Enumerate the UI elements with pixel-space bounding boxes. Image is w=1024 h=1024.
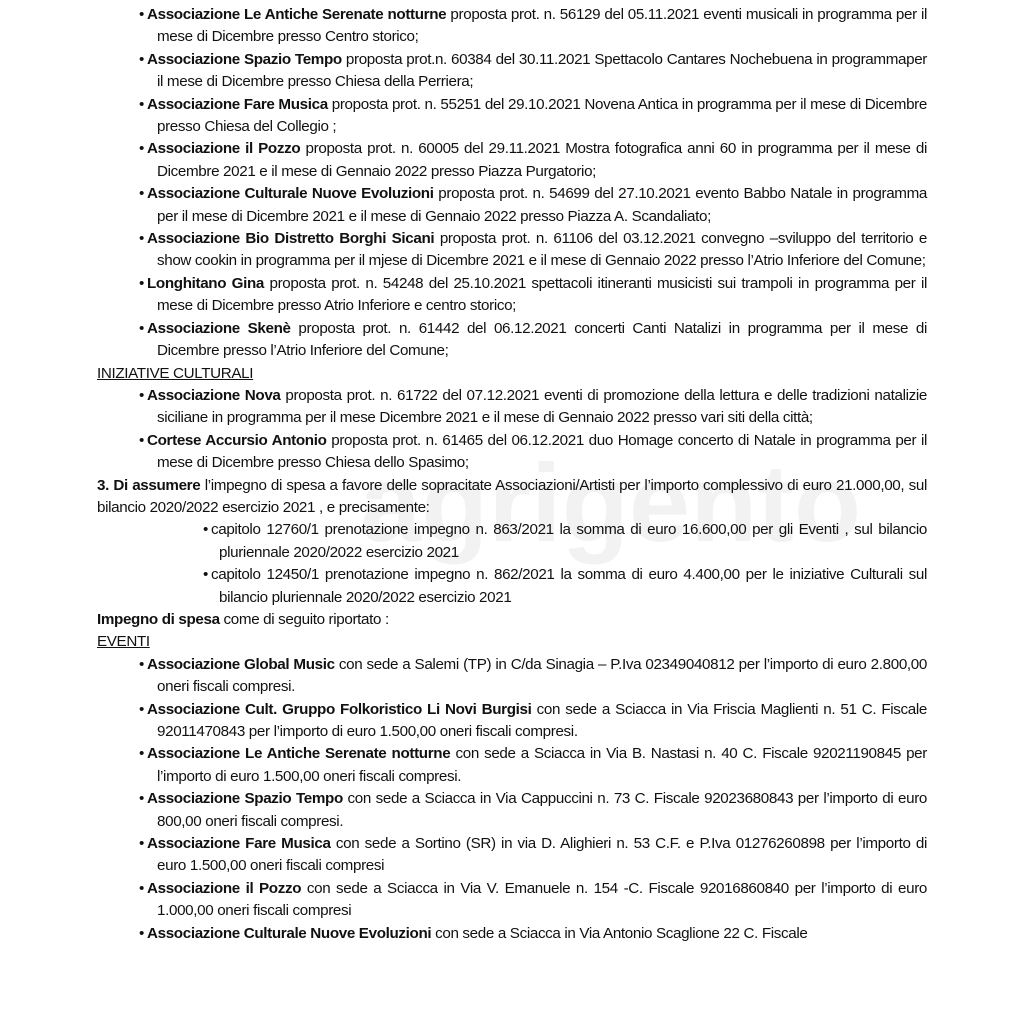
item-name: Associazione Culturale Nuove Evoluzioni: [147, 925, 431, 942]
list-item: Associazione Le Antiche Serenate notturn…: [97, 4, 927, 49]
item-name: Associazione Bio Distretto Borghi Sicani: [147, 230, 434, 247]
list-item: Associazione Global Music con sede a Sal…: [97, 654, 927, 699]
item-name: Associazione Global Music: [147, 656, 335, 673]
point-3-paragraph: 3. Di assumere l’impegno di spesa a favo…: [97, 475, 927, 520]
item-name: Longhitano Gina: [147, 275, 264, 292]
item-text: con sede a Sciacca in Via Antonio Scagli…: [431, 925, 807, 942]
list-item: Associazione il Pozzo proposta prot. n. …: [97, 138, 927, 183]
list-item: Associazione Bio Distretto Borghi Sicani…: [97, 228, 927, 273]
item-name: Associazione Spazio Tempo: [147, 51, 342, 68]
list-item: Associazione il Pozzo con sede a Sciacca…: [97, 878, 927, 923]
point-3-text: l’impegno di spesa a favore delle soprac…: [97, 477, 927, 516]
item-name: Associazione Fare Musica: [147, 96, 328, 113]
events-spending-list: Associazione Global Music con sede a Sal…: [97, 654, 927, 945]
item-text: capitolo 12450/1 prenotazione impegno n.…: [211, 566, 927, 605]
item-name: Associazione Spazio Tempo: [147, 790, 343, 807]
section-heading-eventi: EVENTI: [97, 631, 927, 653]
list-item: Associazione Nova proposta prot. n. 6172…: [97, 385, 927, 430]
item-name: Associazione Culturale Nuove Evoluzioni: [147, 185, 434, 202]
item-name: Associazione il Pozzo: [147, 140, 300, 157]
list-item: Cortese Accursio Antonio proposta prot. …: [97, 430, 927, 475]
item-text: proposta prot. n. 54248 del 25.10.2021 s…: [157, 275, 927, 314]
section-heading-iniziative-culturali: INIZIATIVE CULTURALI: [97, 363, 927, 385]
item-name: Associazione Nova: [147, 387, 281, 404]
item-name: Associazione Cult. Gruppo Folkoristico L…: [147, 701, 532, 718]
list-item: Associazione Cult. Gruppo Folkoristico L…: [97, 699, 927, 744]
list-item: capitolo 12450/1 prenotazione impegno n.…: [97, 564, 927, 609]
point-3-label: 3. Di assumere: [97, 477, 200, 494]
item-name: Associazione Skenè: [147, 320, 291, 337]
capitoli-list: capitolo 12760/1 prenotazione impegno n.…: [97, 519, 927, 609]
list-item: Associazione Culturale Nuove Evoluzioni …: [97, 183, 927, 228]
cultural-proposals-list: Associazione Nova proposta prot. n. 6172…: [97, 385, 927, 475]
item-name: Associazione Le Antiche Serenate notturn…: [147, 6, 446, 23]
list-item: Associazione Spazio Tempo con sede a Sci…: [97, 788, 927, 833]
item-name: Associazione Le Antiche Serenate notturn…: [147, 745, 450, 762]
item-name: Associazione il Pozzo: [147, 880, 301, 897]
impegno-paragraph: Impegno di spesa come di seguito riporta…: [97, 609, 927, 631]
item-text: capitolo 12760/1 prenotazione impegno n.…: [211, 521, 927, 560]
document-page: Associazione Le Antiche Serenate notturn…: [97, 4, 927, 945]
list-item: Longhitano Gina proposta prot. n. 54248 …: [97, 273, 927, 318]
list-item: Associazione Skenè proposta prot. n. 614…: [97, 318, 927, 363]
list-item: Associazione Culturale Nuove Evoluzioni …: [97, 923, 927, 945]
events-proposals-list: Associazione Le Antiche Serenate notturn…: [97, 4, 927, 363]
list-item: Associazione Fare Musica proposta prot. …: [97, 94, 927, 139]
item-name: Associazione Fare Musica: [147, 835, 331, 852]
impegno-text: come di seguito riportato :: [220, 611, 389, 628]
list-item: Associazione Le Antiche Serenate notturn…: [97, 743, 927, 788]
list-item: capitolo 12760/1 prenotazione impegno n.…: [97, 519, 927, 564]
item-name: Cortese Accursio Antonio: [147, 432, 327, 449]
list-item: Associazione Fare Musica con sede a Sort…: [97, 833, 927, 878]
list-item: Associazione Spazio Tempo proposta prot.…: [97, 49, 927, 94]
impegno-label: Impegno di spesa: [97, 611, 220, 628]
